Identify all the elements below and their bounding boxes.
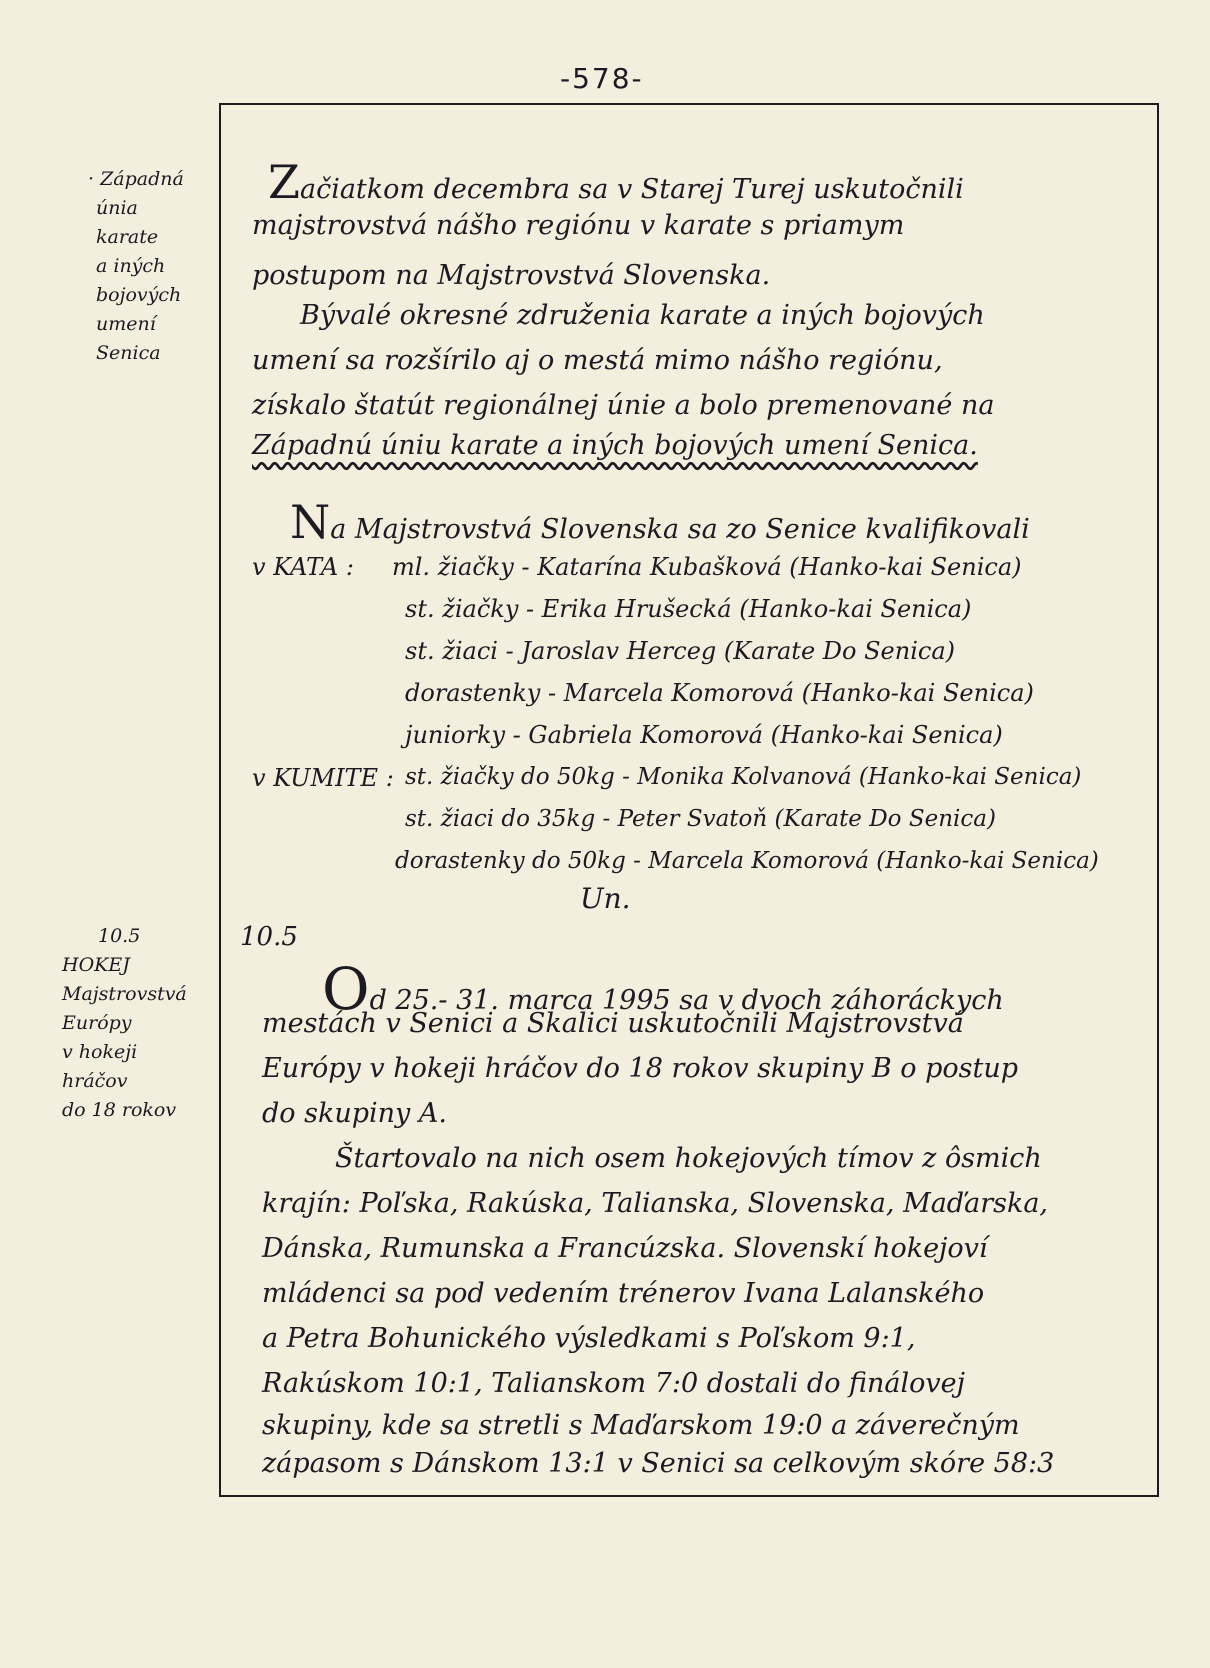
- paragraph-line: mestách v Senici a Skalici uskutočnili M…: [262, 1008, 964, 1039]
- margin-line: bojových: [88, 281, 184, 310]
- kumite-entry: dorastenky do 50kg - Marcela Komorová (H…: [395, 848, 1099, 874]
- text: a Majstrovstvá Slovenska sa zo Senice kv…: [330, 514, 1029, 545]
- paragraph-line: skupiny, kde sa stretli s Maďarskom 19:0…: [262, 1410, 1020, 1441]
- paragraph-line: získalo štatút regionálnej únie a bolo p…: [252, 390, 994, 421]
- kata-entry: st. žiaci - Jaroslav Herceg (Karate Do S…: [405, 637, 955, 665]
- margin-line: a iných: [88, 252, 184, 281]
- kata-label: v KATA :: [252, 553, 354, 581]
- margin-note-hockey: 10.5 HOKEJ Majstrovstvá Európy v hokeji …: [62, 922, 187, 1125]
- kata-entry: ml. žiačky - Katarína Kubašková (Hanko-k…: [392, 553, 1022, 581]
- margin-line: Majstrovstvá: [62, 980, 187, 1009]
- kata-entry: dorastenky - Marcela Komorová (Hanko-kai…: [405, 679, 1034, 707]
- margin-line: karate: [88, 223, 184, 252]
- paragraph-line: Bývalé okresné združenia karate a iných …: [300, 300, 985, 331]
- kumite-label: v KUMITE :: [252, 764, 394, 792]
- kata-entry: st. žiačky - Erika Hrušecká (Hanko-kai S…: [405, 595, 971, 623]
- paragraph-line: Štartovalo na nich osem hokejových tímov…: [335, 1143, 1042, 1174]
- section-number: 10.5: [240, 922, 298, 952]
- drop-initial: N: [290, 495, 330, 549]
- paragraph-line: postupom na Majstrovstvá Slovenska.: [252, 260, 770, 291]
- paragraph-line: umení sa rozšírilo aj o mestá mimo nášho…: [252, 345, 943, 376]
- paragraph-line: do skupiny A.: [262, 1098, 447, 1129]
- margin-line: do 18 rokov: [62, 1096, 187, 1125]
- margin-line: umení: [88, 310, 184, 339]
- margin-note-karate: · Západná únia karate a iných bojových u…: [88, 165, 184, 368]
- signature: Un.: [580, 882, 631, 915]
- paragraph-line: Európy v hokeji hráčov do 18 rokov skupi…: [262, 1053, 1018, 1084]
- kumite-entry: st. žiačky do 50kg - Monika Kolvanová (H…: [405, 764, 1081, 790]
- margin-line: 10.5: [62, 922, 187, 951]
- paragraph-line: zápasom s Dánskom 13:1 v Senici sa celko…: [262, 1448, 1054, 1479]
- paragraph-line: Rakúskom 10:1, Talianskom 7:0 dostali do…: [262, 1368, 965, 1399]
- kumite-entry: st. žiaci do 35kg - Peter Svatoň (Karate…: [405, 806, 996, 832]
- kata-entry: juniorky - Gabriela Komorová (Hanko-kai …: [405, 721, 1003, 749]
- text: ačiatkom decembra sa v Starej Turej usku…: [300, 174, 964, 205]
- paragraph-line: mládenci sa pod vedením trénerov Ivana L…: [262, 1278, 984, 1309]
- margin-line: Senica: [88, 339, 184, 368]
- paragraph-line: a Petra Bohunického výsledkami s Poľskom…: [262, 1323, 915, 1354]
- margin-line: únia: [88, 194, 184, 223]
- drop-initial: Z: [268, 155, 300, 209]
- paragraph-line: Dánska, Rumunska a Francúzska. Slovenskí…: [262, 1233, 988, 1264]
- margin-line: v hokeji: [62, 1038, 187, 1067]
- page-number: -578-: [560, 62, 644, 95]
- margin-line: HOKEJ: [62, 951, 187, 980]
- margin-line: Európy: [62, 1009, 187, 1038]
- qualifiers-intro: Na Majstrovstvá Slovenska sa zo Senice k…: [290, 495, 1030, 549]
- paragraph-line-underlined: Západnú úniu karate a iných bojových ume…: [252, 430, 978, 461]
- margin-line: · Západná: [88, 165, 184, 194]
- margin-line: hráčov: [62, 1067, 187, 1096]
- paragraph-line: krajín: Poľska, Rakúska, Talianska, Slov…: [262, 1188, 1048, 1219]
- paragraph-line: Začiatkom decembra sa v Starej Turej usk…: [268, 155, 964, 209]
- paragraph-line: majstrovstvá nášho regiónu v karate s pr…: [252, 210, 904, 241]
